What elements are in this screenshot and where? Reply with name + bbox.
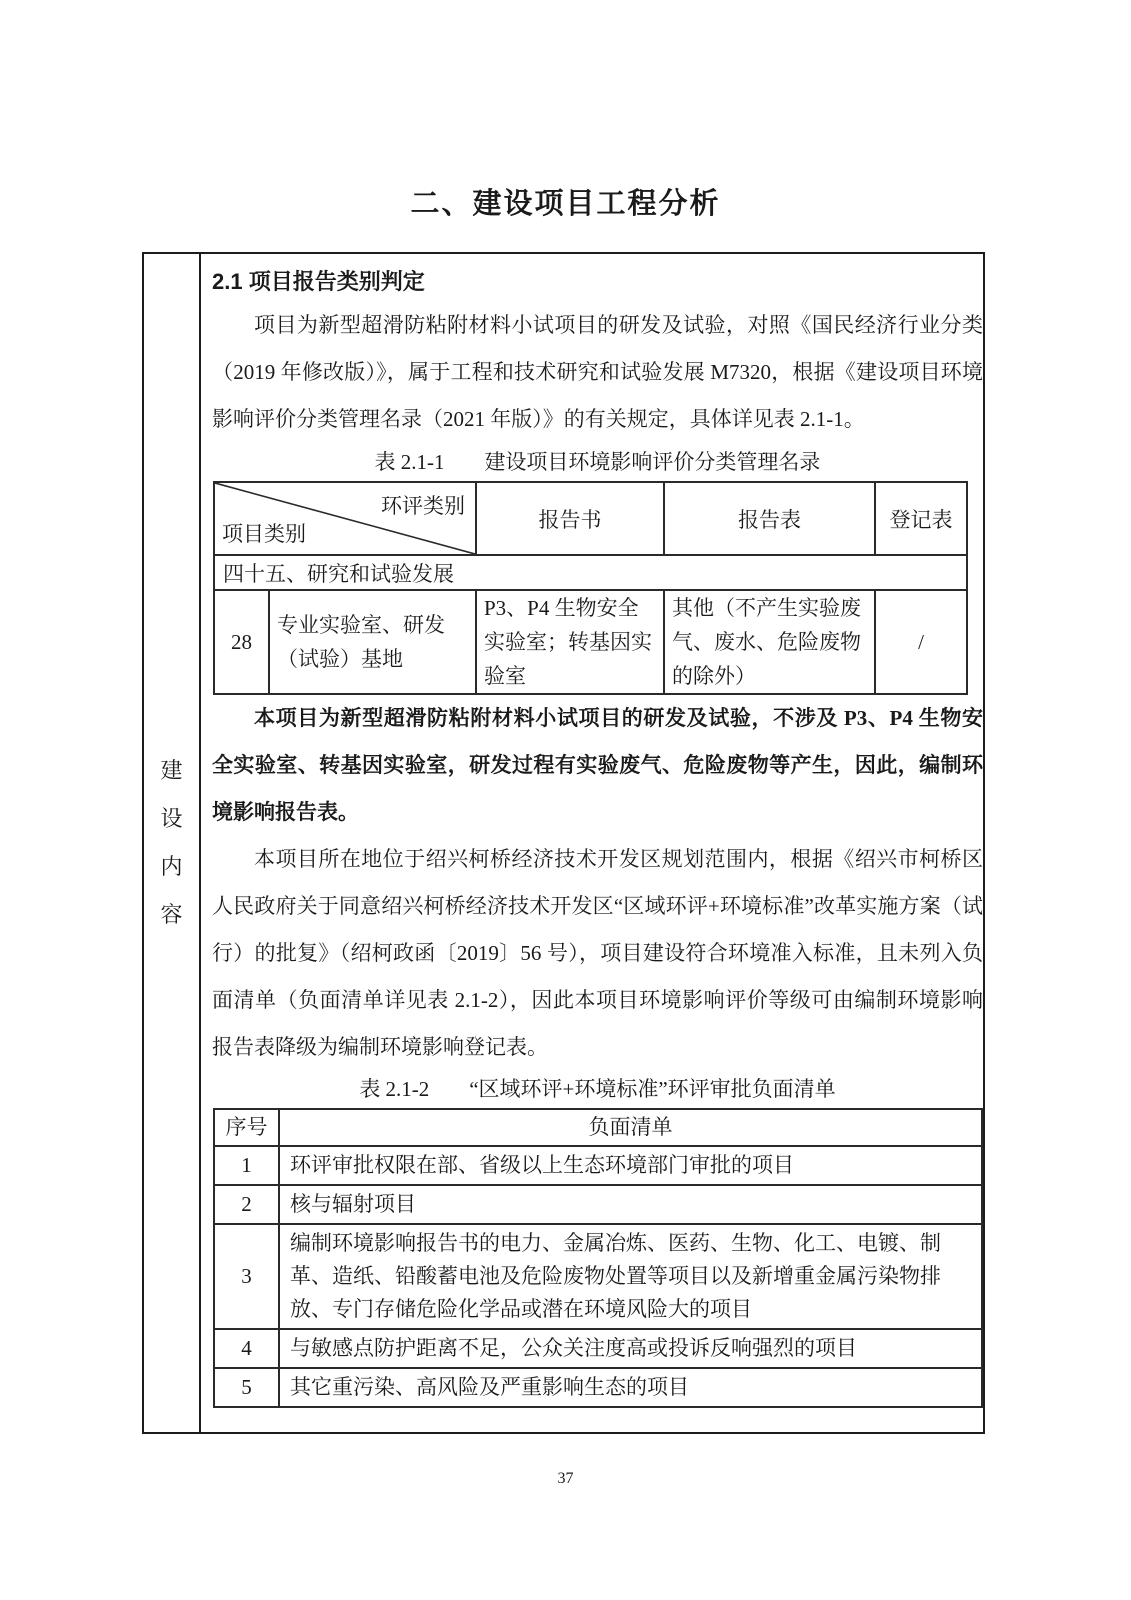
table2-row-no: 2 xyxy=(214,1185,279,1224)
table2-row-no: 4 xyxy=(214,1329,279,1368)
table1-header-registration-form: 登记表 xyxy=(875,482,967,555)
table2-row-text: 编制环境影响报告书的电力、金属冶炼、医药、生物、化工、电镀、制革、造纸、铅酸蓄电… xyxy=(279,1224,982,1329)
table2-row: 1 环评审批权限在部、省级以上生态环境部门审批的项目 xyxy=(214,1146,982,1185)
table-2-1-2: 序号 负面清单 1 环评审批权限在部、省级以上生态环境部门审批的项目 2 核与辐… xyxy=(213,1108,983,1408)
table2-header-no: 序号 xyxy=(214,1109,279,1146)
table2-caption: 表 2.1-2“区域环评+环境标准”环评审批负面清单 xyxy=(212,1071,983,1108)
table1-category-cell: 四十五、研究和试验发展 xyxy=(214,555,967,590)
sidebar-label-char: 设 xyxy=(160,795,182,843)
content-area: 2.1 项目报告类别判定 项目为新型超滑防粘附材料小试项目的研发及试验，对照《国… xyxy=(201,254,994,1432)
sidebar-label-char: 内 xyxy=(160,843,182,891)
table2-row-no: 1 xyxy=(214,1146,279,1185)
table1-cell-report-book: P3、P4 生物安全实验室；转基因实验室 xyxy=(476,590,664,694)
sidebar-label: 建 设 内 容 xyxy=(144,254,201,1432)
section-heading: 2.1 项目报告类别判定 xyxy=(212,268,983,296)
table1-cell-project-type: 专业实验室、研发（试验）基地 xyxy=(269,590,476,694)
table2-row-no: 3 xyxy=(214,1224,279,1329)
table-2-1-1: 环评类别 项目类别 报告书 报告表 登记表 四十五、研究和试验发展 28 专业实… xyxy=(213,481,968,695)
table1-data-row: 28 专业实验室、研发（试验）基地 P3、P4 生物安全实验室；转基因实验室 其… xyxy=(214,590,967,694)
table2-caption-title: “区域环评+环境标准”环评审批负面清单 xyxy=(469,1077,835,1101)
table1-caption-title: 建设项目环境影响评价分类管理名录 xyxy=(484,450,820,474)
table1-cell-registration-form: / xyxy=(875,590,967,694)
paragraph-2-bold: 本项目为新型超滑防粘附材料小试项目的研发及试验，不涉及 P3、P4 生物安全实验… xyxy=(212,695,983,836)
table2-row-text: 其它重污染、高风险及严重影响生态的项目 xyxy=(279,1368,982,1407)
table1-cell-no: 28 xyxy=(214,590,269,694)
table1-category-row: 四十五、研究和试验发展 xyxy=(214,555,967,590)
paragraph-1: 项目为新型超滑防粘附材料小试项目的研发及试验，对照《国民经济行业分类（2019 … xyxy=(212,302,983,443)
sidebar-label-char: 容 xyxy=(160,891,182,939)
content-frame: 建 设 内 容 2.1 项目报告类别判定 项目为新型超滑防粘附材料小试项目的研发… xyxy=(142,252,985,1434)
page-title: 二、建设项目工程分析 xyxy=(0,181,1131,222)
table2-row-text: 核与辐射项目 xyxy=(279,1185,982,1224)
table2-row: 2 核与辐射项目 xyxy=(214,1185,982,1224)
table1-header-report-form: 报告表 xyxy=(664,482,875,555)
table2-header-row: 序号 负面清单 xyxy=(214,1109,982,1146)
table2-row: 3 编制环境影响报告书的电力、金属冶炼、医药、生物、化工、电镀、制革、造纸、铅酸… xyxy=(214,1224,982,1329)
page-number: 37 xyxy=(0,1470,1131,1488)
table2-row: 5 其它重污染、高风险及严重影响生态的项目 xyxy=(214,1368,982,1407)
table2-caption-label: 表 2.1-2 xyxy=(359,1077,429,1101)
table1-header-report-book: 报告书 xyxy=(476,482,664,555)
table1-diagonal-top-label: 环评类别 xyxy=(381,490,465,520)
table1-diagonal-header-cell: 环评类别 项目类别 xyxy=(214,482,476,555)
table1-caption: 表 2.1-1建设项目环境影响评价分类管理名录 xyxy=(212,443,983,481)
paragraph-3: 本项目所在地位于绍兴柯桥经济技术开发区规划范围内，根据《绍兴市柯桥区人民政府关于… xyxy=(212,836,983,1071)
sidebar-label-char: 建 xyxy=(160,747,182,795)
table2-row-no: 5 xyxy=(214,1368,279,1407)
table2-row-text: 与敏感点防护距离不足，公众关注度高或投诉反响强烈的项目 xyxy=(279,1329,982,1368)
table2-row-text: 环评审批权限在部、省级以上生态环境部门审批的项目 xyxy=(279,1146,982,1185)
table2-row: 4 与敏感点防护距离不足，公众关注度高或投诉反响强烈的项目 xyxy=(214,1329,982,1368)
table1-header-row: 环评类别 项目类别 报告书 报告表 登记表 xyxy=(214,482,967,555)
table1-cell-report-form: 其他（不产生实验废气、废水、危险废物的除外） xyxy=(664,590,875,694)
table2-header-list: 负面清单 xyxy=(279,1109,982,1146)
table1-diagonal-bottom-label: 项目类别 xyxy=(222,518,306,548)
table1-caption-label: 表 2.1-1 xyxy=(375,450,445,474)
